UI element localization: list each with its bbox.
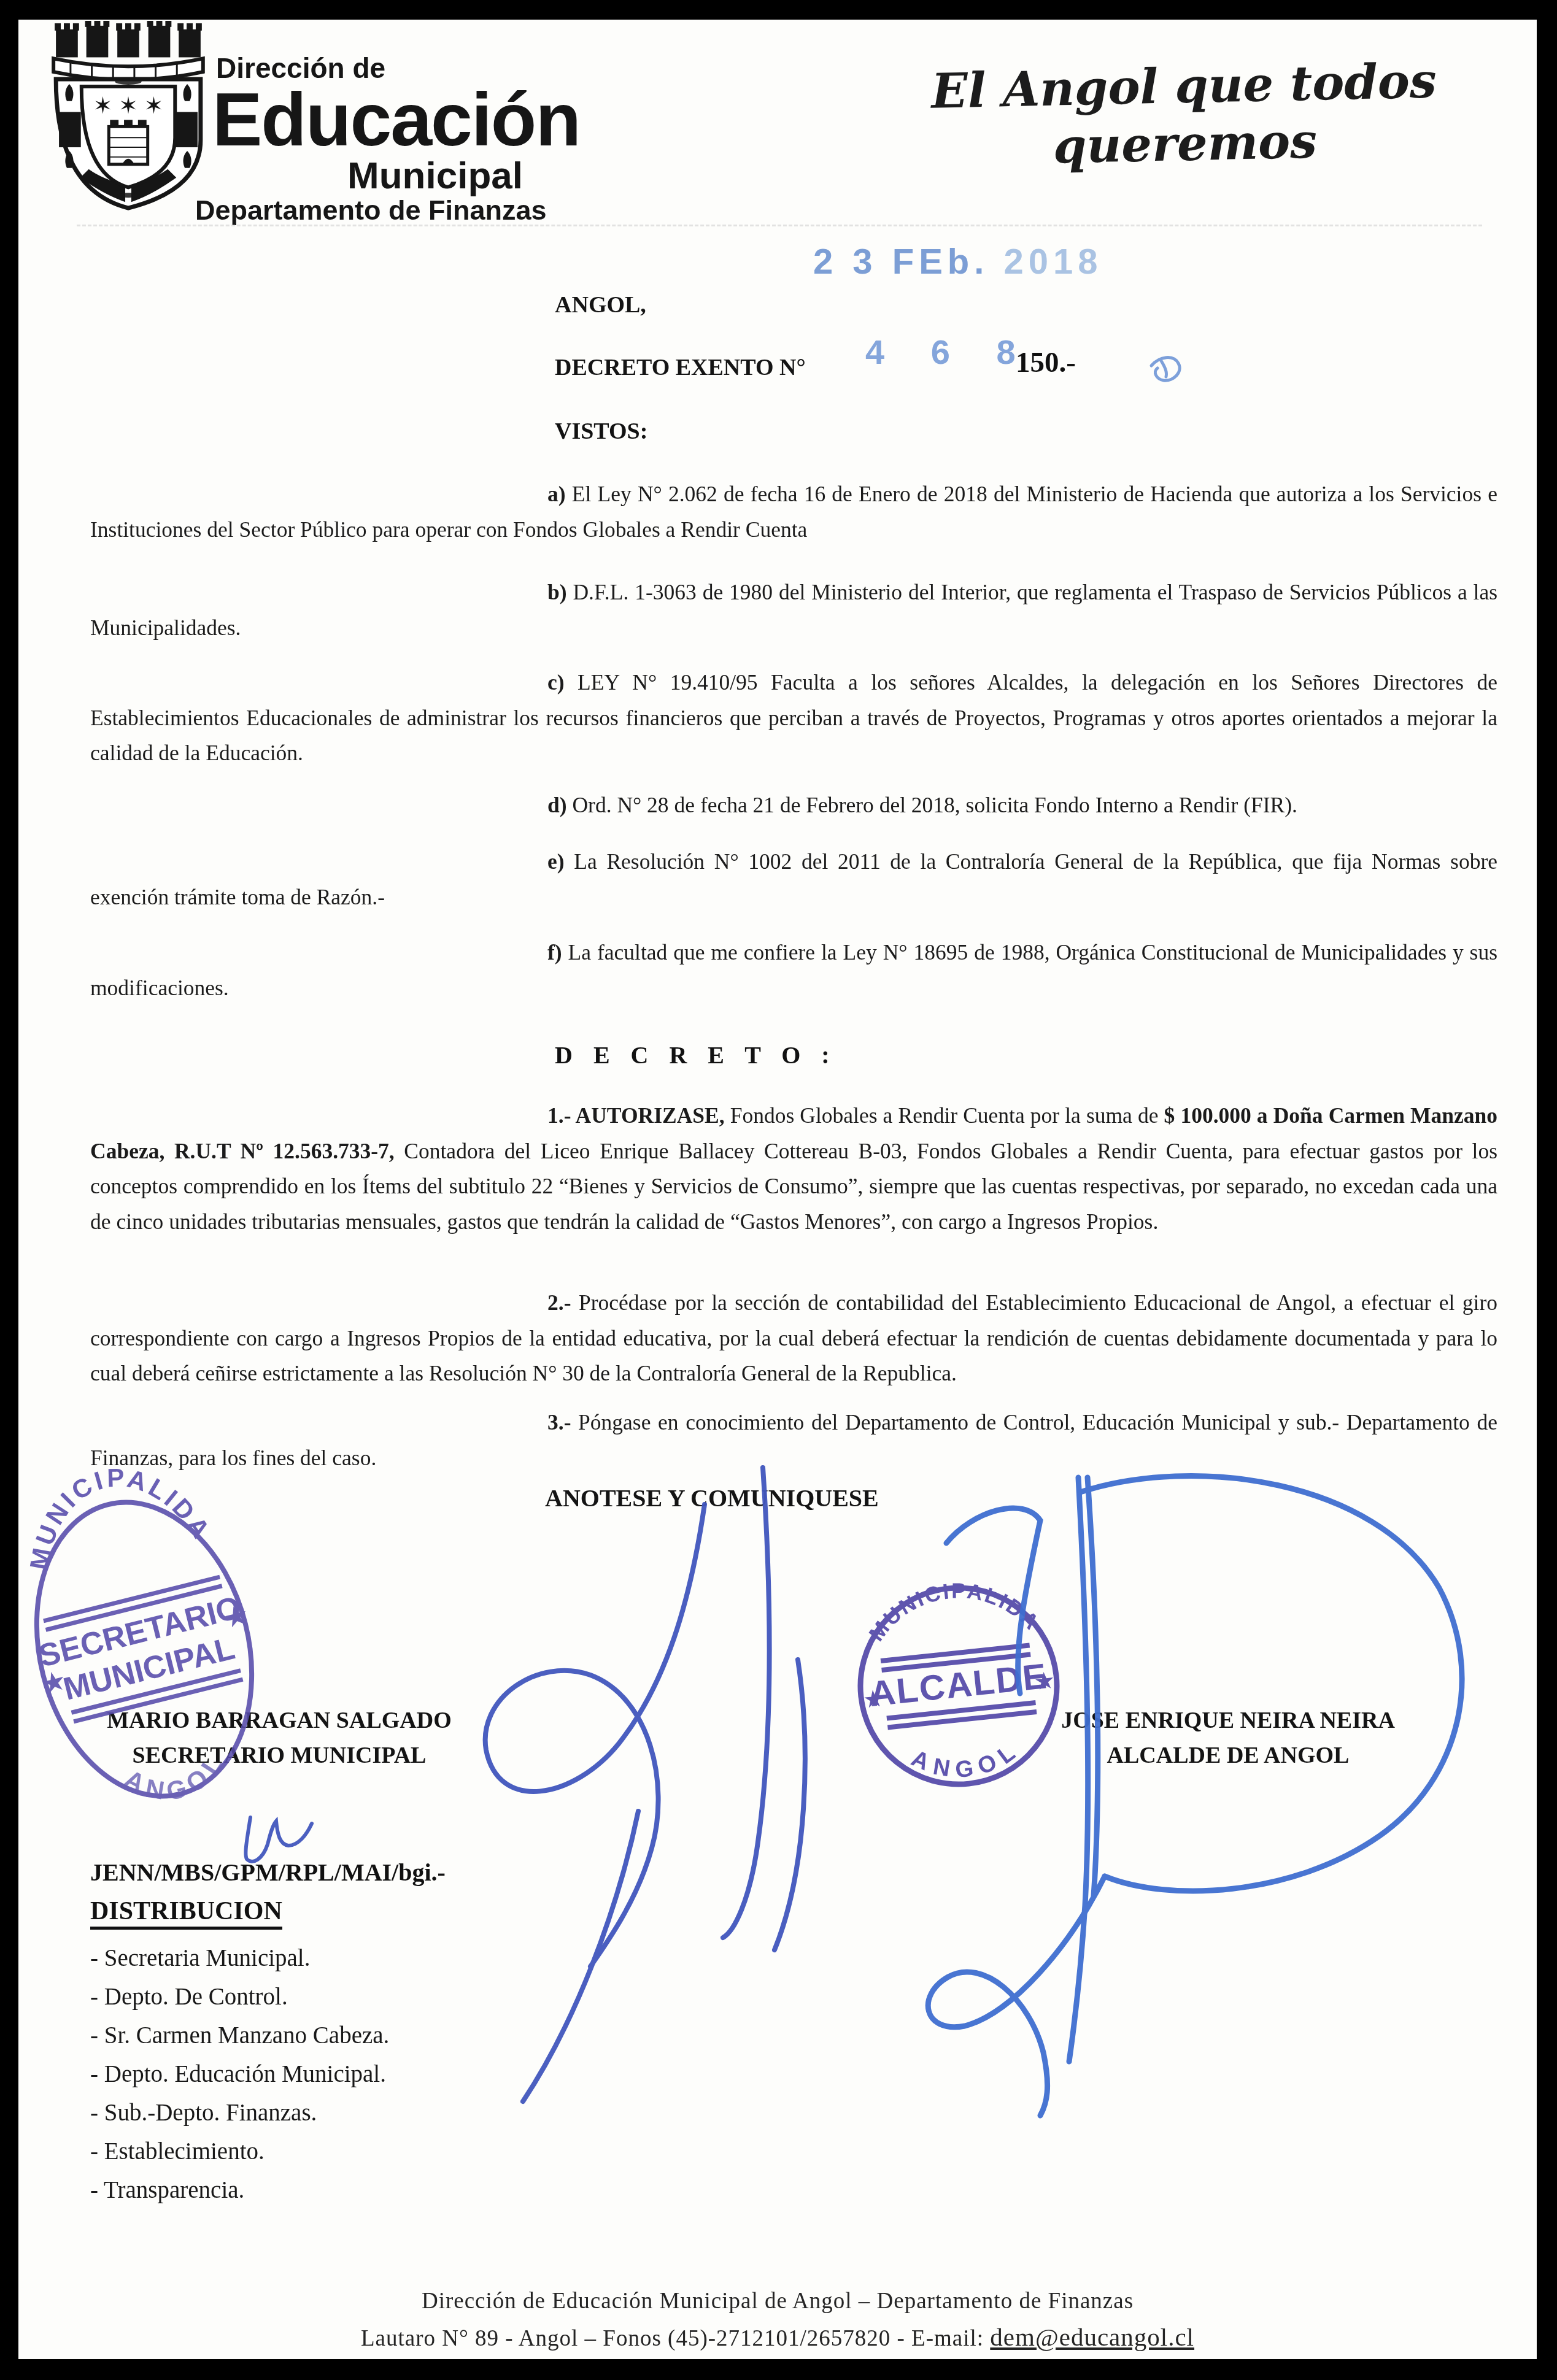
header-educacion: Educación [212, 82, 580, 157]
city-line: ANGOL, [555, 293, 646, 317]
footer-email-link[interactable]: dem@educangol.cl [990, 2323, 1194, 2351]
footer-address-phones: Lautaro N° 89 - Angol – Fonos (45)-27121… [361, 2326, 990, 2351]
decreto-item-1: 1.- AUTORIZASE, Fondos Globales a Rendir… [90, 1098, 1497, 1239]
secretary-signature-block: MARIO BARRAGAN SALGADO SECRETARIO MUNICI… [92, 1703, 466, 1773]
secretary-title: SECRETARIO MUNICIPAL [92, 1738, 466, 1773]
vistos-item-f: f) La facultad que me confiere la Ley N°… [90, 935, 1497, 1006]
city-slogan: El Angol que todos queremos [901, 52, 1468, 178]
distribution-item: - Transparencia. [90, 2171, 389, 2209]
decreto-item-2: 2.- Procédase por la sección de contabil… [90, 1285, 1497, 1392]
decree-exento-label: DECRETO EXENTO N° [555, 356, 806, 379]
header-departamento-finanzas: Departamento de Finanzas [195, 196, 547, 224]
distribution-item: - Establecimiento. [90, 2132, 389, 2171]
footer-contact-line: Lautaro N° 89 - Angol – Fonos (45)-27121… [18, 2325, 1537, 2350]
mayor-name: JOSE ENRIQUE NEIRA NEIRA [1029, 1703, 1428, 1738]
vistos-item-e: e) La Resolución N° 1002 del 2011 de la … [90, 844, 1497, 915]
distribution-list: - Secretaria Municipal. - Depto. De Cont… [90, 1939, 389, 2209]
distribution-heading: DISTRIBUCION [90, 1898, 282, 1930]
distribution-item: - Secretaria Municipal. [90, 1939, 389, 1978]
page: ✶ ✶ ✶ Dirección de Educación Municipal D… [18, 20, 1537, 2359]
decree-number-typed: 150.- [1016, 349, 1076, 377]
vistos-item-b: b) D.F.L. 1-3063 de 1980 del Ministerio … [90, 575, 1497, 645]
scan-artifact-line [77, 225, 1482, 226]
vistos-heading: VISTOS: [555, 420, 647, 443]
svg-text:✶: ✶ [118, 92, 138, 119]
vistos-item-c: c) LEY N° 19.410/95 Faculta a los señore… [90, 665, 1497, 771]
angol-coat-of-arms-logo: ✶ ✶ ✶ [46, 21, 211, 212]
svg-text:✶: ✶ [144, 92, 164, 119]
scanned-document: ✶ ✶ ✶ Dirección de Educación Municipal D… [0, 0, 1557, 2380]
svg-text:✶: ✶ [93, 92, 113, 119]
distribution-item: - Sr. Carmen Manzano Cabeza. [90, 2016, 389, 2055]
distribution-item: - Depto. Educación Municipal. [90, 2055, 389, 2093]
decreto-item-3: 3.- Póngase en conocimiento del Departam… [90, 1405, 1497, 1476]
decreto-heading: D E C R E T O : [555, 1043, 837, 1068]
date-stamp-year: 2018 [1004, 242, 1103, 282]
distribution-item: - Sub.-Depto. Finanzas. [90, 2093, 389, 2132]
vistos-item-a: a) El Ley N° 2.062 de fecha 16 de Enero … [90, 477, 1497, 547]
mayor-signature-block: JOSE ENRIQUE NEIRA NEIRA ALCALDE DE ANGO… [1029, 1703, 1428, 1773]
distribution-item: - Depto. De Control. [90, 1978, 389, 2016]
mayor-title: ALCALDE DE ANGOL [1029, 1738, 1428, 1773]
header-municipal: Municipal [221, 157, 523, 195]
vistos-item-d: d) Ord. N° 28 de fecha 21 de Febrero del… [90, 788, 1497, 823]
initials-line: JENN/MBS/GPM/RPL/MAI/bgi.- [90, 1860, 446, 1885]
date-received-stamp: 2 3 FEb. 2018 [813, 244, 1103, 280]
decree-number-stamp: 4 6 8 [865, 335, 1034, 369]
secretary-name: MARIO BARRAGAN SALGADO [92, 1703, 466, 1738]
anotese-y-comuniquese: ANOTESE Y COMUNIQUESE [545, 1486, 879, 1511]
date-stamp-day: 2 3 FEb. [813, 242, 989, 282]
footer-department-line: Dirección de Educación Municipal de Ango… [18, 2290, 1537, 2313]
